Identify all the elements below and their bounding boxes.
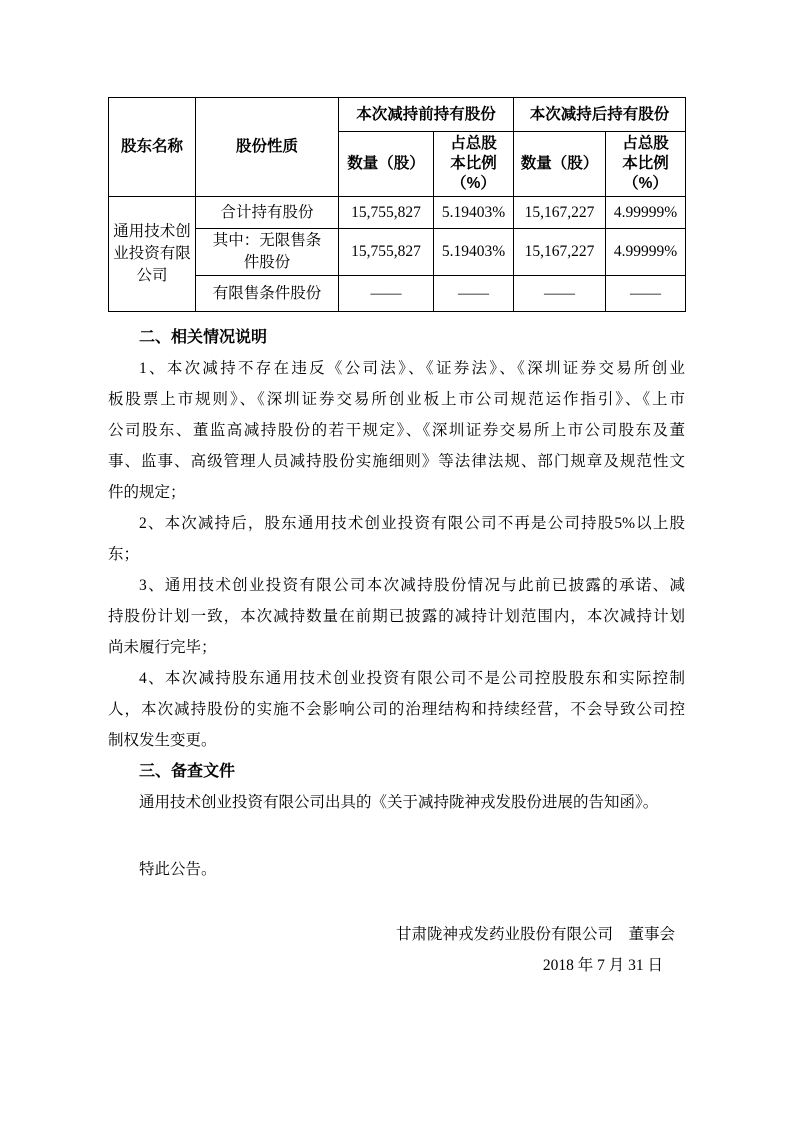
paragraph-line: 公司股东、董监高减持股份的若干规定》、《深圳证券交易所上市公司股东及董 <box>108 415 685 446</box>
header-percent-line: （%） <box>437 174 510 194</box>
before-pct-unrestricted: 5.19403% <box>434 229 514 276</box>
section-heading-related-info: 二、相关情况说明 <box>108 322 685 353</box>
document-page: 股东名称 股份性质 本次减持前持有股份 本次减持后持有股份 数量（股） 占总股 … <box>0 0 793 1122</box>
paragraph-3: 3、通用技术创业投资有限公司本次减持股份情况与此前已披露的承诺、减 持股份计划一… <box>108 570 685 663</box>
table-row: 有限售条件股份 —— —— —— —— <box>109 276 686 312</box>
header-shareholder-name: 股东名称 <box>109 98 196 197</box>
nature-cell-restricted: 有限售条件股份 <box>196 276 339 312</box>
nature-cell-total: 合计持有股份 <box>196 197 339 229</box>
header-group-after-reduction: 本次减持后持有股份 <box>514 98 686 132</box>
paragraph-line: 东； <box>108 539 685 570</box>
paragraph-reference: 通用技术创业投资有限公司出具的《关于减持陇神戎发股份进展的告知函》。 <box>108 787 685 818</box>
header-share-nature: 股份性质 <box>196 98 339 197</box>
table-row: 通用技术创业投资有限公司 合计持有股份 15,755,827 5.19403% … <box>109 197 686 229</box>
after-qty-total: 15,167,227 <box>514 197 606 229</box>
closing-statement: 特此公告。 <box>108 854 685 885</box>
header-percent-line: 本比例 <box>437 154 510 174</box>
paragraph-line: 4、本次减持股东通用技术创业投资有限公司不是公司控股股东和实际控制 <box>108 663 685 694</box>
after-pct-total: 4.99999% <box>606 197 686 229</box>
paragraph-line: 人，本次减持股份的实施不会影响公司的治理结构和持续经营，不会导致公司控 <box>108 694 685 725</box>
before-qty-total: 15,755,827 <box>339 197 434 229</box>
paragraph-1: 1、本次减持不存在违反《公司法》、《证券法》、《深圳证券交易所创业 板股票上市规… <box>108 353 685 508</box>
before-qty-unrestricted: 15,755,827 <box>339 229 434 276</box>
nature-line: 其中：无限售条 <box>199 230 335 252</box>
paragraph-line: 尚未履行完毕； <box>108 632 685 663</box>
paragraph-line: 件的规定； <box>108 477 685 508</box>
header-quantity-after: 数量（股） <box>514 132 606 197</box>
nature-line: 件股份 <box>199 252 335 274</box>
nature-cell-unrestricted: 其中：无限售条 件股份 <box>196 229 339 276</box>
after-qty-restricted: —— <box>514 276 606 312</box>
table-header-row-groups: 股东名称 股份性质 本次减持前持有股份 本次减持后持有股份 <box>109 98 686 132</box>
table-row: 其中：无限售条 件股份 15,755,827 5.19403% 15,167,2… <box>109 229 686 276</box>
header-percent-after: 占总股 本比例 （%） <box>606 132 686 197</box>
before-pct-total: 5.19403% <box>434 197 514 229</box>
paragraph-line: 制权发生变更。 <box>108 725 685 756</box>
header-quantity-before: 数量（股） <box>339 132 434 197</box>
paragraph-line: 事、监事、高级管理人员减持股份实施细则》等法律法规、部门规章及规范性文 <box>108 446 685 477</box>
paragraph-4: 4、本次减持股东通用技术创业投资有限公司不是公司控股股东和实际控制 人，本次减持… <box>108 663 685 756</box>
after-pct-unrestricted: 4.99999% <box>606 229 686 276</box>
signature-date-line: 2018 年 7 月 31 日 <box>108 950 685 981</box>
paragraph-line: 1、本次减持不存在违反《公司法》、《证券法》、《深圳证券交易所创业 <box>108 353 685 384</box>
header-percent-line: 占总股 <box>609 134 682 154</box>
paragraph-line: 通用技术创业投资有限公司出具的《关于减持陇神戎发股份进展的告知函》。 <box>108 787 685 818</box>
signature-company-line: 甘肃陇神戎发药业股份有限公司 董事会 <box>108 919 685 950</box>
header-percent-line: 本比例 <box>609 154 682 174</box>
header-percent-line: 占总股 <box>437 134 510 154</box>
after-qty-unrestricted: 15,167,227 <box>514 229 606 276</box>
shareholding-table: 股东名称 股份性质 本次减持前持有股份 本次减持后持有股份 数量（股） 占总股 … <box>108 97 686 312</box>
paragraph-line: 3、通用技术创业投资有限公司本次减持股份情况与此前已披露的承诺、减 <box>108 570 685 601</box>
document-body: 二、相关情况说明 1、本次减持不存在违反《公司法》、《证券法》、《深圳证券交易所… <box>108 322 685 981</box>
header-group-before-reduction: 本次减持前持有股份 <box>339 98 514 132</box>
before-pct-restricted: —— <box>434 276 514 312</box>
after-pct-restricted: —— <box>606 276 686 312</box>
paragraph-line: 板股票上市规则》、《深圳证券交易所创业板上市公司规范运作指引》、《上市 <box>108 384 685 415</box>
signature-block: 甘肃陇神戎发药业股份有限公司 董事会 2018 年 7 月 31 日 <box>108 919 685 981</box>
paragraph-line: 持股份计划一致，本次减持数量在前期已披露的减持计划范围内，本次减持计划 <box>108 601 685 632</box>
section-heading-reference-docs: 三、备查文件 <box>108 756 685 787</box>
shareholder-name-cell: 通用技术创业投资有限公司 <box>109 197 196 312</box>
paragraph-line: 2、本次减持后，股东通用技术创业投资有限公司不再是公司持股5%以上股 <box>108 508 685 539</box>
header-percent-before: 占总股 本比例 （%） <box>434 132 514 197</box>
paragraph-2: 2、本次减持后，股东通用技术创业投资有限公司不再是公司持股5%以上股 东； <box>108 508 685 570</box>
header-percent-line: （%） <box>609 174 682 194</box>
before-qty-restricted: —— <box>339 276 434 312</box>
